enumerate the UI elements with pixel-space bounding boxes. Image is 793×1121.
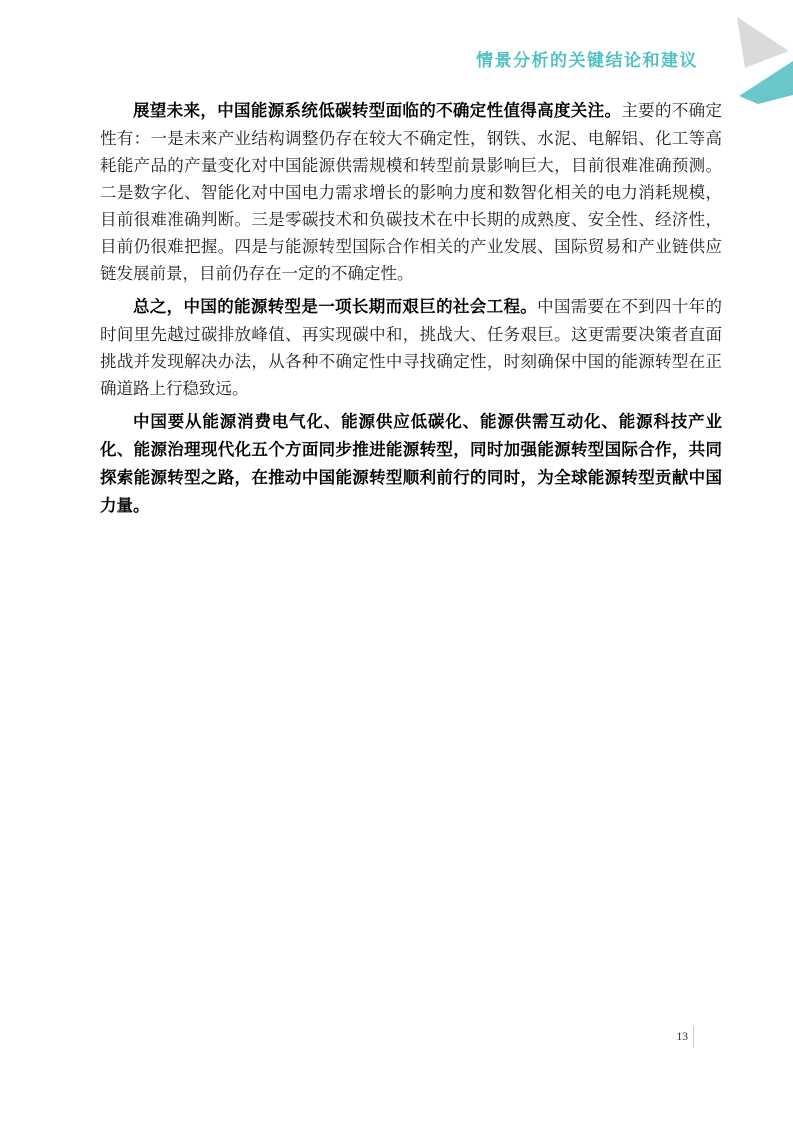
body-paragraph-1: 展望未来，中国能源系统低碳转型面临的不确定性值得高度关注。主要的不确定性有：一是… xyxy=(100,97,722,287)
page-number: 13 xyxy=(650,1031,688,1043)
paragraph-2-bold-lead: 总之，中国的能源转型是一项长期而艰巨的社会工程。 xyxy=(133,298,537,316)
document-body: 展望未来，中国能源系统低碳转型面临的不确定性值得高度关注。主要的不确定性有：一是… xyxy=(100,97,722,526)
page-footer: 13 xyxy=(650,1026,694,1048)
paragraph-3-bold-lead: 中国要从能源消费电气化、能源供应低碳化、能源供需互动化、能源科技产业化、能源治理… xyxy=(100,413,722,515)
paragraph-1-bold-lead: 展望未来，中国能源系统低碳转型面临的不确定性值得高度关注。 xyxy=(133,102,621,120)
chevron-teal-shape xyxy=(739,61,793,104)
body-paragraph-2: 总之，中国的能源转型是一项长期而艰巨的社会工程。中国需要在不到四十年的时间里先越… xyxy=(100,293,722,402)
footer-divider-line xyxy=(693,1026,694,1048)
chevron-gray-shape xyxy=(737,17,789,68)
body-paragraph-3: 中国要从能源消费电气化、能源供应低碳化、能源供需互动化、能源科技产业化、能源治理… xyxy=(100,408,722,520)
paragraph-1-regular-text: 主要的不确定性有：一是未来产业结构调整仍存在较大不确定性，钢铁、水泥、电解铝、化… xyxy=(100,101,722,283)
document-page: 情景分析的关键结论和建议 展望未来，中国能源系统低碳转型面临的不确定性值得高度关… xyxy=(0,0,793,1121)
section-header-title: 情景分析的关键结论和建议 xyxy=(476,46,698,71)
